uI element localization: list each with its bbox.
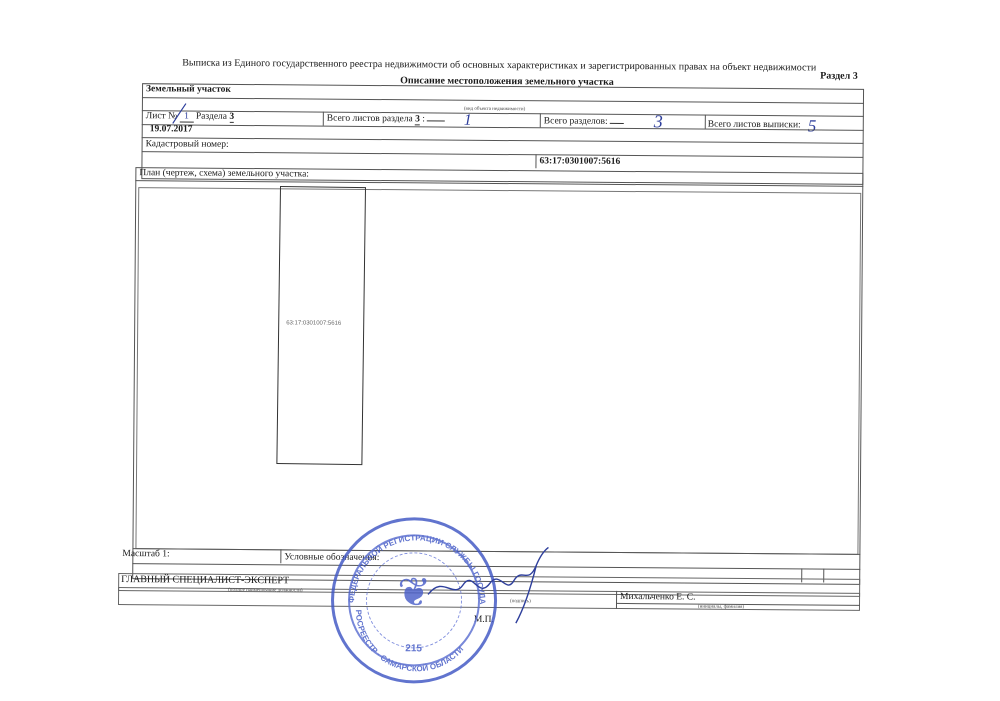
position-title: ГЛАВНЫЙ СПЕЦИАЛИСТ-ЭКСПЕРТ (121, 574, 289, 586)
document-page: Выписка из Единого государственного реес… (0, 0, 1000, 701)
handwritten-extract-count: 5 (808, 116, 817, 136)
object-type: Земельный участок (146, 84, 231, 95)
extract-date: 19.07.2017 (150, 124, 193, 134)
total-sections: Всего разделов: (544, 116, 624, 127)
sheet-number-label: Лист № 1 Раздела 3 (146, 111, 234, 123)
parcel-cadastral-label: 63:17:0301007:5616 (286, 320, 341, 326)
object-type-caption: (вид объекта недвижимости) (464, 107, 525, 112)
section-number: Раздел 3 (820, 71, 858, 82)
plan-drawing-area (135, 187, 861, 555)
position-caption: (полное наименование должности) (228, 588, 302, 594)
stamp-number: 215 (405, 643, 422, 654)
name-caption: (инициалы, фамилия) (698, 605, 744, 610)
document-title: Выписка из Единого государственного реес… (182, 57, 816, 73)
handwritten-signature (418, 544, 559, 625)
plan-label: План (чертеж, схема) земельного участка: (139, 168, 309, 179)
handwritten-stroke (170, 101, 190, 125)
scale-label: Масштаб 1: (122, 549, 169, 559)
cadastral-label: Кадастровый номер: (146, 139, 229, 150)
total-sheets-section: Всего листов раздела 3 : (327, 114, 445, 125)
sheet-section-value: 3 (229, 112, 234, 123)
signer-name: Михальченко Е. С. (620, 592, 695, 603)
cadastral-number: 63:17:0301007:5616 (539, 156, 620, 167)
